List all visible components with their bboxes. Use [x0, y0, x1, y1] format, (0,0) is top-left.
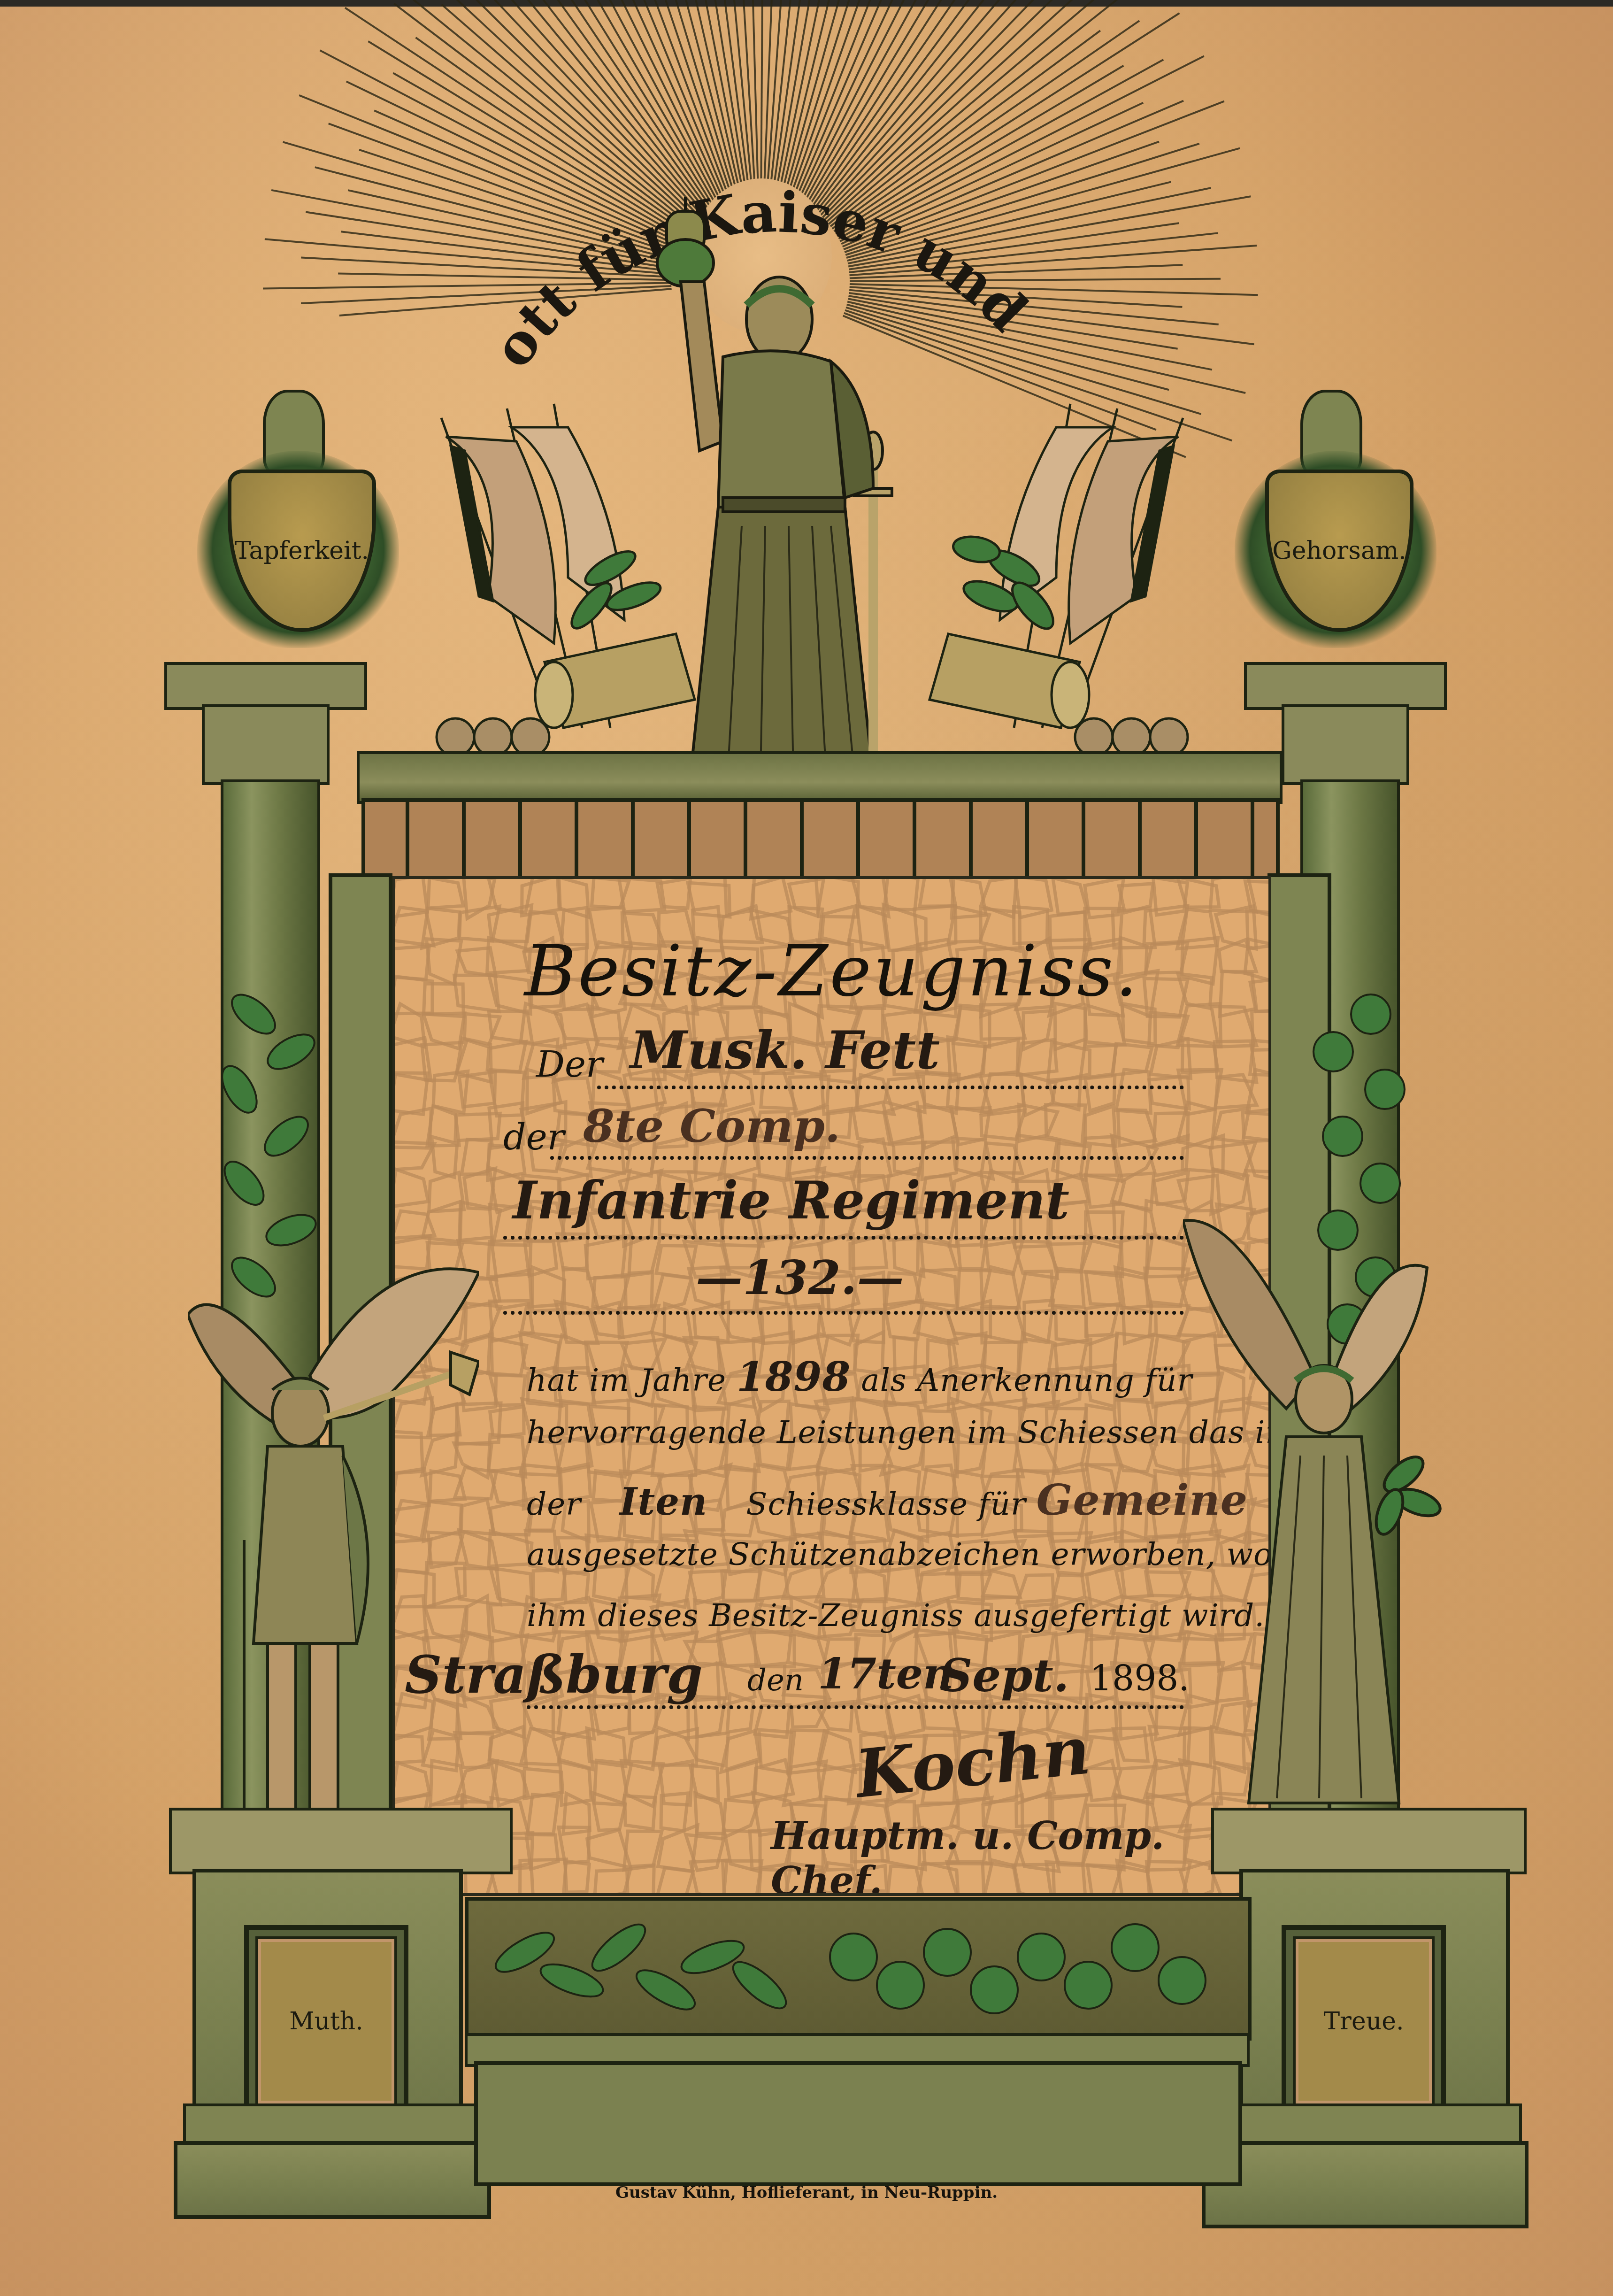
- field-company-label: der: [503, 1116, 564, 1158]
- body-line-5: ihm dieses Besitz-Zeugniss ausgefertigt …: [527, 1597, 1184, 1633]
- field-name-value: Musk. Fett: [630, 1020, 940, 1080]
- right-column-cornice: [1244, 662, 1447, 710]
- certificate-panel: Besitz-Zeugniss. Der Musk. Fett der 8te …: [392, 876, 1271, 1896]
- body-line-3: der Iten Schiessklasse für Gemeine: [527, 1475, 1184, 1525]
- plaque-right-label: Treue.: [1286, 2007, 1441, 2035]
- right-pedestal-top: [1211, 1808, 1527, 1874]
- body-year-pre: hat im Jahre: [527, 1362, 726, 1398]
- entablature-cornice: [357, 751, 1283, 804]
- field-number-line: [503, 1311, 1184, 1315]
- right-column-abacus: [1282, 704, 1409, 785]
- field-regiment-line: [503, 1236, 1184, 1240]
- angel-right-victory: [1183, 1211, 1446, 1869]
- left-pedestal-base: [174, 2141, 491, 2219]
- body-line-1: hat im Jahre 1898 als Anerkennung für: [527, 1353, 1184, 1401]
- field-name-label: Der: [536, 1043, 603, 1085]
- field-company-line: [550, 1156, 1184, 1160]
- plaque-left: Muth.: [244, 1925, 408, 2118]
- central-base: [474, 2061, 1242, 2186]
- body-line-4: ausgesetzte Schützenabzeichen erworben, …: [527, 1536, 1184, 1572]
- left-column-cornice: [164, 662, 367, 710]
- date-month-value: Sept.: [940, 1649, 1069, 1702]
- entablature-dentils: [361, 798, 1280, 881]
- signature-name: Kochn: [852, 1712, 1094, 1813]
- right-pedestal-band: [1225, 2103, 1522, 2147]
- field-regiment-value: Infantrie Regiment: [513, 1170, 1069, 1231]
- left-pedestal-top: [169, 1808, 513, 1874]
- laurel-oak-frieze: [465, 1897, 1252, 2041]
- body-class-pre: der: [527, 1486, 581, 1522]
- field-company-value: 8te Comp.: [583, 1100, 840, 1153]
- body-class-value: Iten: [591, 1479, 736, 1524]
- body-line-2: hervorragende Leistungen im Schiessen da…: [527, 1414, 1184, 1450]
- printer-imprint: Gustav Kühn, Hoflieferant, in Neu-Ruppin…: [0, 2183, 1613, 2202]
- shield-right-label: Gehorsam.: [1269, 537, 1410, 565]
- angel-left-trumpeter: [188, 1258, 479, 1892]
- plaque-left-label: Muth.: [249, 2007, 404, 2035]
- field-regiment-number: —132.—: [696, 1250, 904, 1305]
- date-day-value: 17ten: [818, 1649, 954, 1699]
- germania-figure: [610, 197, 948, 789]
- left-pedestal-band: [183, 2103, 480, 2147]
- date-den-label: den: [747, 1663, 804, 1698]
- body-year-post: als Anerkennung für: [861, 1362, 1192, 1398]
- body-class-mid: Schiessklasse für: [746, 1486, 1026, 1522]
- shield-left-label: Tapferkeit.: [231, 537, 372, 565]
- date-line: [527, 1705, 1184, 1709]
- certificate-title: Besitz-Zeugniss.: [395, 931, 1268, 1012]
- body-year-value: 1898: [737, 1353, 851, 1401]
- plaque-right: Treue.: [1282, 1925, 1446, 2118]
- left-column-abacus: [202, 704, 330, 785]
- date-year-value: 1898.: [1090, 1658, 1190, 1699]
- field-name-line: [597, 1086, 1184, 1089]
